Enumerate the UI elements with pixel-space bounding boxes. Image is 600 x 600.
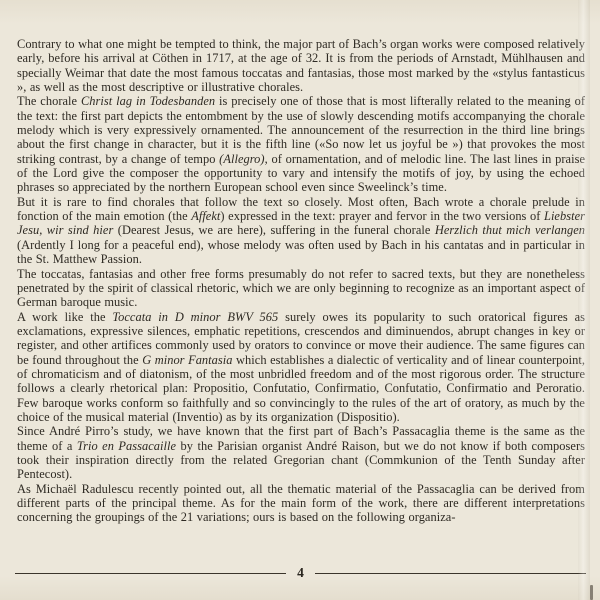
text-run: As Michaël Radulescu recently pointed ou… bbox=[17, 482, 585, 525]
italic-text: G minor Fantasia bbox=[142, 353, 232, 367]
text-run: (Ardently I long for a peaceful end), wh… bbox=[17, 238, 585, 266]
italic-text: Toccata in D minor BWV 565 bbox=[112, 310, 278, 324]
page-footer: 4 bbox=[15, 565, 586, 581]
paragraph: But it is rare to find chorales that fol… bbox=[17, 195, 585, 267]
paragraph: As Michaël Radulescu recently pointed ou… bbox=[17, 482, 585, 525]
paragraph: The chorale Christ lag in Todesbanden is… bbox=[17, 94, 585, 194]
paragraph: Since André Pirro’s study, we have known… bbox=[17, 424, 585, 481]
scan-edge-mark bbox=[590, 585, 593, 600]
text-run: (Dearest Jesus, we are here), suffering … bbox=[113, 223, 435, 237]
liner-notes-text: Contrary to what one might be tempted to… bbox=[17, 37, 585, 525]
italic-text: Affekt bbox=[191, 209, 220, 223]
paragraph: A work like the Toccata in D minor BWV 5… bbox=[17, 310, 585, 425]
text-run: A work like the bbox=[17, 310, 112, 324]
paragraph: Contrary to what one might be tempted to… bbox=[17, 37, 585, 94]
italic-text: Herzlich thut mich verlangen bbox=[435, 223, 585, 237]
footer-rule-right bbox=[315, 573, 586, 574]
italic-text: Trio en Passacaille bbox=[77, 439, 176, 453]
text-run: ) expressed in the text: prayer and ferv… bbox=[220, 209, 544, 223]
footer-rule-left bbox=[15, 573, 286, 574]
text-run: Contrary to what one might be tempted to… bbox=[17, 37, 585, 94]
page-number: 4 bbox=[295, 566, 306, 580]
text-run: The chorale bbox=[17, 94, 81, 108]
paragraph: The toccatas, fantasias and other free f… bbox=[17, 267, 585, 310]
text-run: The toccatas, fantasias and other free f… bbox=[17, 267, 585, 310]
italic-text: Christ lag in Todesbanden bbox=[81, 94, 215, 108]
booklet-page: Contrary to what one might be tempted to… bbox=[0, 0, 600, 600]
italic-text: (Allegro) bbox=[219, 152, 264, 166]
